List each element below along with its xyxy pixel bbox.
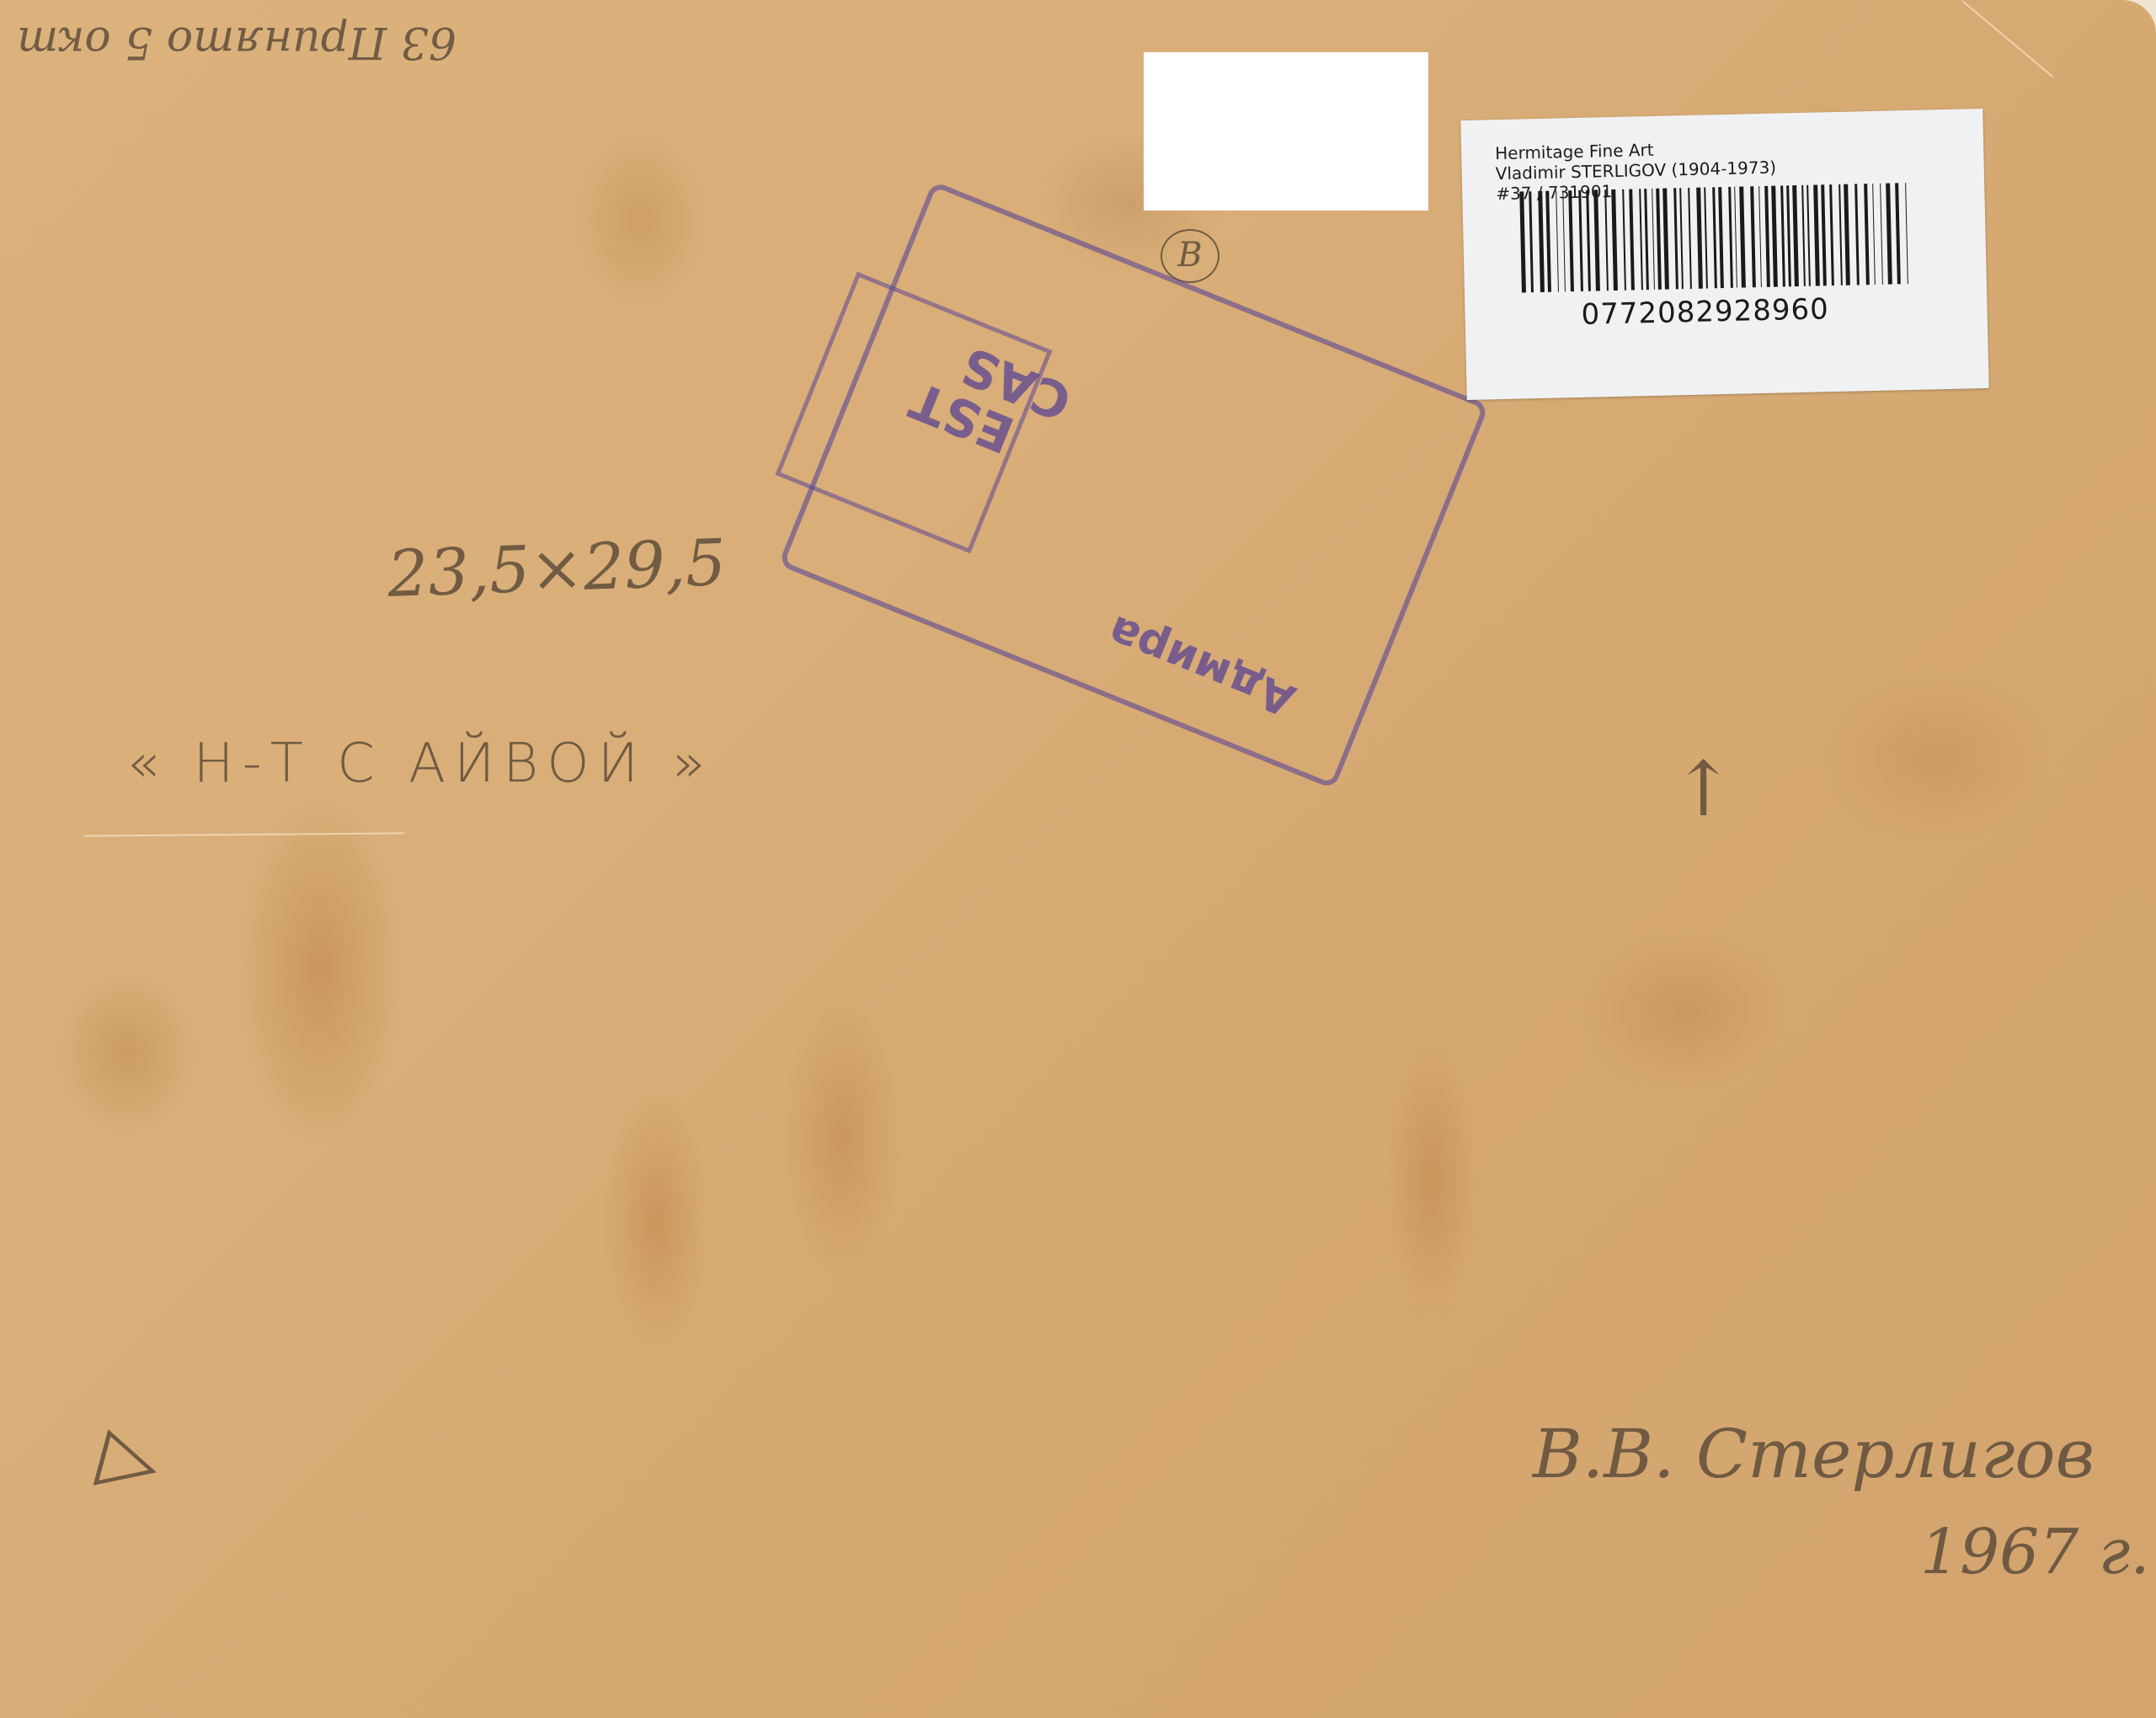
signature-year: 1967 г. <box>1920 1516 2150 1588</box>
barcode-bar <box>1758 186 1762 287</box>
barcode-bar <box>1829 184 1834 285</box>
barcode-bar <box>1718 187 1723 288</box>
barcode-bar <box>1844 184 1849 285</box>
barcode-bar <box>1644 189 1649 290</box>
barcode-bar <box>1519 191 1525 292</box>
barcode-bar <box>1622 189 1626 291</box>
barcode-bar <box>1629 189 1634 290</box>
barcode-bar <box>1750 186 1755 287</box>
barcode-bar <box>1529 191 1534 292</box>
barcode-bar <box>1734 187 1737 288</box>
barcode-bar <box>1886 184 1892 285</box>
auction-label: Hermitage Fine Art Vladimir STERLIGOV (1… <box>1460 109 1988 400</box>
barcode-number: 0772082928960 <box>1581 292 1829 332</box>
barcode-bar <box>1780 185 1785 286</box>
barcode-bar <box>1704 187 1708 288</box>
barcode-bar <box>1594 189 1600 291</box>
dimensions-inscription: 23,5×29,5 <box>387 525 728 611</box>
circled-letter: В <box>1161 229 1219 283</box>
barcode-bar <box>1740 186 1746 287</box>
barcode-bar <box>1864 184 1870 285</box>
barcode-bar <box>1895 183 1901 284</box>
barcode-bar <box>1792 185 1798 286</box>
title-inscription: « Н-Т С АЙВОЙ » <box>126 733 713 795</box>
barcode-bar <box>1880 184 1883 285</box>
barcode-bar <box>1713 187 1717 288</box>
barcode-bar <box>1586 190 1591 291</box>
barcode-bar <box>1771 186 1777 287</box>
barcode-bar <box>1662 189 1668 290</box>
barcode-bar <box>1545 191 1550 292</box>
arrow-up-icon: ↑ <box>1672 745 1735 834</box>
barcode-bar <box>1556 191 1559 292</box>
barcode-bar <box>1905 183 1908 284</box>
barcode-bar <box>1821 184 1826 285</box>
barcode-bar <box>1639 189 1643 290</box>
artist-signature: В.В. Стерлигов <box>1533 1415 2095 1493</box>
inverted-inscription: 63 Принято 5 окт <box>17 17 456 67</box>
barcode-bar <box>1696 188 1702 289</box>
barcode-bar <box>1604 189 1609 291</box>
barcode-bar <box>1764 186 1770 287</box>
barcode-bar <box>1578 190 1582 291</box>
barcode-bar <box>1838 184 1843 285</box>
barcode-bar <box>1673 188 1678 289</box>
barcode-bar <box>1814 184 1820 285</box>
barcode-bar <box>1854 184 1859 285</box>
barcode-bar <box>1569 190 1574 291</box>
barcode-bar <box>1688 188 1692 289</box>
redaction-box <box>1144 52 1428 211</box>
barcode-bar <box>1786 185 1791 286</box>
barcode-icon <box>1519 183 1913 293</box>
barcode-bar <box>1806 185 1811 286</box>
barcode-bar <box>1679 188 1684 289</box>
barcode-bar <box>1657 189 1662 290</box>
barcode-bar <box>1539 191 1545 292</box>
barcode-bar <box>1728 187 1732 288</box>
barcode-bar <box>1872 184 1876 285</box>
barcode-bar <box>1652 189 1656 290</box>
barcode-bar <box>1563 190 1566 291</box>
barcode-bar <box>1801 185 1806 286</box>
barcode-bar <box>1611 189 1617 291</box>
